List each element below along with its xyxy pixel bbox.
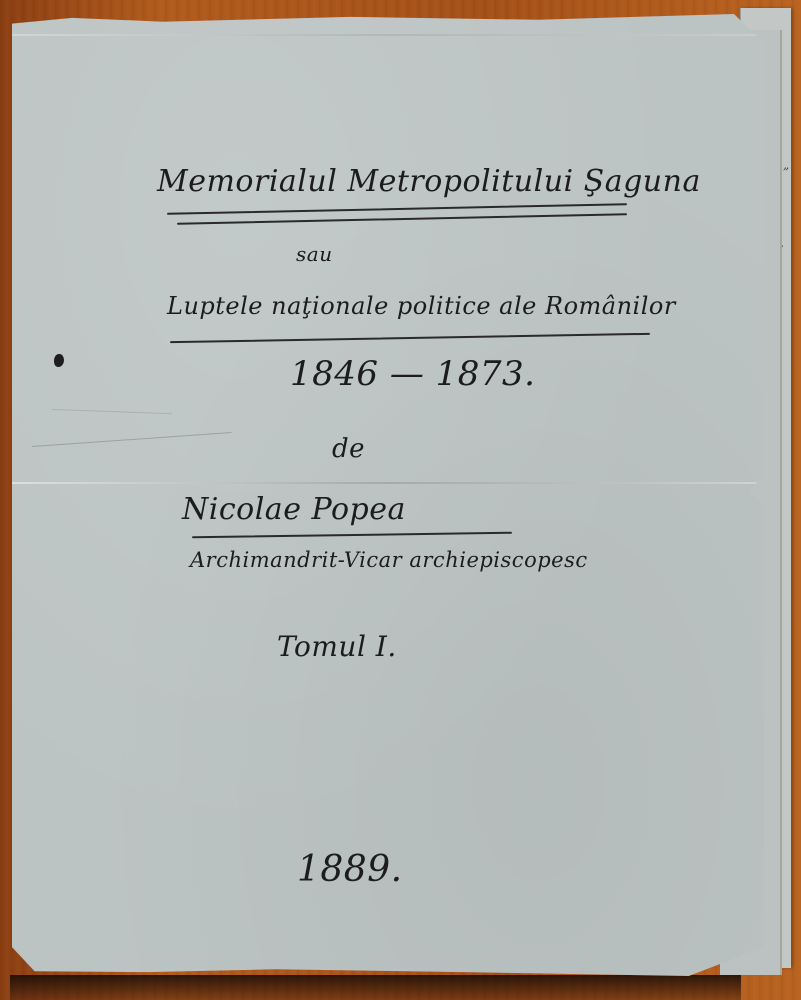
title-line-1: Memorialul Metropolitului Şaguna	[157, 164, 701, 199]
author-underline	[192, 532, 512, 538]
date-range: 1846 — 1873.	[290, 354, 535, 394]
author-name: Nicolae Popea	[182, 492, 406, 527]
paper-crease	[52, 409, 172, 414]
title-underline-1	[167, 203, 627, 214]
title-underline-2	[177, 213, 627, 224]
by-label: de	[332, 434, 365, 464]
title-underline-3	[170, 333, 650, 343]
year: 1889.	[297, 849, 403, 890]
author-title: Archimandrit-Vicar archiepiscopesc	[190, 548, 588, 572]
conjunction-sau: sau	[296, 242, 333, 266]
page-shadow	[10, 975, 741, 1000]
title-line-2: Luptele naţionale politice ale Românilor	[167, 292, 676, 320]
ink-blot	[54, 354, 64, 367]
paper-crease	[32, 432, 232, 447]
manuscript-title-page: Memorialul Metropolitului Şaguna sau Lup…	[12, 14, 764, 976]
volume-label: Tomul I.	[277, 630, 397, 663]
top-fold	[12, 34, 764, 36]
center-fold	[12, 482, 764, 484]
